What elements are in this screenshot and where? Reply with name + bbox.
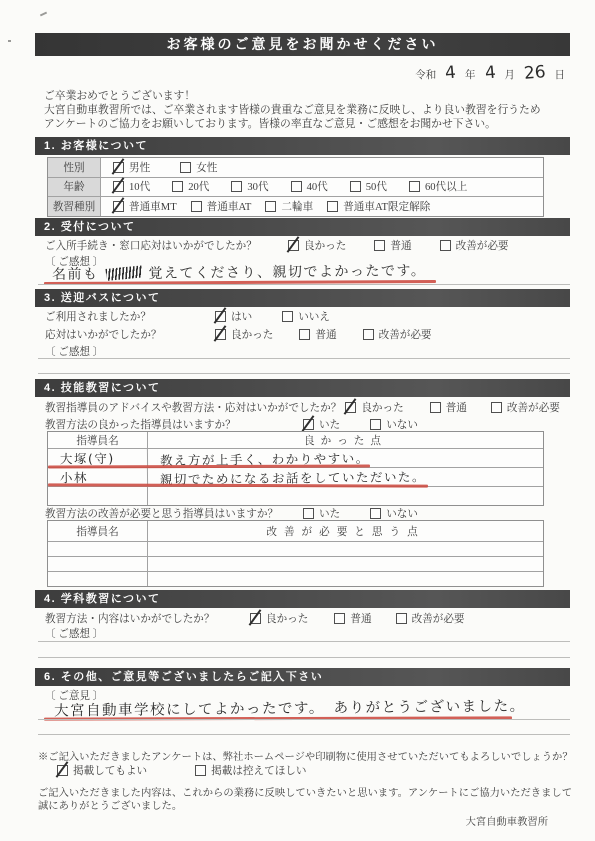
intro-paragraph: ご卒業おめでとうございます！ 大宮自動車教習所では、ご卒業されます皆様の貴重なご…: [44, 90, 569, 131]
checkbox-label: 良かった: [231, 327, 273, 342]
checkbox[interactable]: [191, 201, 202, 212]
course-label: 教習種別: [48, 197, 101, 216]
checkbox-option-good[interactable]: 良かった: [288, 238, 346, 253]
table-row-age: 年齢 10代 20代 30代 40代 50代 60代以上: [48, 177, 543, 197]
ruled-line[interactable]: [38, 641, 570, 642]
checkbox-option-needs-improvement[interactable]: 改善が必要: [491, 400, 560, 415]
checkbox-label: 改善が必要: [456, 238, 509, 253]
section-5-header: 4. 学科教習について: [35, 590, 570, 608]
improve-instructor-table: 指導員名 改善が必要と思う点: [47, 520, 544, 587]
checkbox-label: 10代: [129, 179, 150, 194]
checkbox-label: 改善が必要: [412, 611, 465, 626]
checkbox-option-yes[interactable]: はい: [215, 309, 252, 324]
checkbox-label: いない: [386, 506, 418, 521]
comment-field-label: 〔 ご感想 〕: [45, 626, 103, 641]
table-row-gender: 性別 男性 女性: [48, 158, 543, 177]
checkbox-label: 改善が必要: [507, 400, 560, 415]
bus-used-question-line: ご利用されましたか？ はい いいえ: [45, 309, 330, 324]
table-row: [48, 556, 543, 571]
checkbox-label: 普通: [390, 238, 411, 253]
intro-line-3: アンケートのご協力をお願いしております。皆様の率直なご意見・ご感想をお聞かせ下さ…: [44, 118, 569, 132]
checkbox[interactable]: [374, 240, 385, 251]
checkbox[interactable]: [231, 181, 242, 192]
ruled-line[interactable]: [38, 719, 570, 720]
section-6-header: 6. その他、ご意見等ございましたらご記入下さい: [35, 668, 570, 686]
checkbox-option-at[interactable]: 普通車AT: [191, 199, 252, 214]
checkbox-label: いた: [319, 417, 340, 432]
checkbox-label: 30代: [247, 179, 268, 194]
intro-line-2: 大宮自動車教習所では、ご卒業されます皆様の貴重なご意見を業務に反映し、より良い教…: [44, 104, 569, 118]
checkbox[interactable]: [215, 311, 226, 322]
checkbox-label: 普通車AT限定解除: [343, 199, 430, 214]
good-instructor-table: 指導員名 良かった点 大塚(守) 教え方が上手く、わかりやすい。 小林 親切でた…: [47, 431, 544, 506]
scan-artifact: [8, 40, 11, 42]
checkbox[interactable]: [327, 201, 338, 212]
signature: 大宮自動車教習所: [38, 813, 548, 828]
checkbox-option-50s[interactable]: 50代: [350, 179, 387, 194]
question-text: 教習指導員のアドバイスや教習方法・応対はいかがでしたか？: [45, 400, 341, 415]
checkbox-label: 男性: [129, 160, 150, 175]
table-header-row: 指導員名 改善が必要と思う点: [48, 521, 543, 541]
day-value-handwritten[interactable]: 26: [523, 62, 546, 84]
checkbox-option-mt[interactable]: 普通車MT: [113, 199, 177, 214]
checkbox-option-inai[interactable]: いない: [370, 506, 418, 521]
date-line: 令和 4 年 4 月 26 日: [300, 63, 565, 83]
age-label: 年齢: [48, 178, 101, 197]
checkbox[interactable]: [363, 329, 374, 340]
checkbox-label: 良かった: [266, 611, 308, 626]
section-1-header: 1. お客様について: [35, 137, 570, 155]
checkbox[interactable]: [334, 613, 345, 624]
table-row: [48, 541, 543, 556]
checkbox-label: 50代: [366, 179, 387, 194]
checkbox-option-at-limited[interactable]: 普通車AT限定解除: [327, 199, 430, 214]
checkbox-label: 40代: [307, 179, 328, 194]
checkbox[interactable]: [215, 329, 226, 340]
instructor-advice-question-line: 教習指導員のアドバイスや教習方法・応対はいかがでしたか？ 良かった 普通 改善が…: [45, 400, 560, 415]
ruled-line[interactable]: [38, 734, 570, 735]
checkbox-option-normal[interactable]: 普通: [430, 400, 467, 415]
checkbox-option-decline-publish[interactable]: 掲載は控えてほしい: [195, 763, 306, 778]
instructor-name-empty[interactable]: [48, 557, 148, 571]
good-instructor-question-line: 教習方法の良かった指導員はいますか？ いた いない: [45, 417, 418, 432]
checkbox[interactable]: [250, 613, 261, 624]
survey-form-page: お客様のご意見をお聞かせください 令和 4 年 4 月 26 日 ご卒業おめでと…: [0, 0, 595, 841]
checkbox-option-30s[interactable]: 30代: [231, 179, 268, 194]
handwriting-text: 名前も: [52, 266, 99, 282]
scan-artifact: [40, 12, 47, 17]
checkbox[interactable]: [409, 181, 420, 192]
checkbox-option-inai[interactable]: いない: [370, 417, 418, 432]
checkbox-option-ita[interactable]: いた: [303, 506, 340, 521]
checkbox-option-normal[interactable]: 普通: [374, 238, 411, 253]
checkbox[interactable]: [370, 419, 381, 430]
reception-question-line: ご入所手続き・窓口応対はいかがでしたか？ 良かった 普通 改善が必要: [45, 238, 509, 253]
checkbox-option-needs-improvement[interactable]: 改善が必要: [396, 611, 465, 626]
instructor-name-empty[interactable]: [48, 487, 148, 505]
checkbox-label: いない: [386, 417, 418, 432]
question-text: ご入所手続き・窓口応対はいかがでしたか？: [45, 238, 288, 253]
question-text: 教習方法・内容はいかがでしたか？: [45, 611, 250, 626]
handwriting-text: 覚えてくださり、親切でよかったです。: [148, 263, 426, 282]
checkbox[interactable]: [265, 201, 276, 212]
customer-info-table: 性別 男性 女性 年齢 10代 20代 30代 40代 50代 60代以上 教習…: [47, 157, 544, 217]
checkbox-option-ita[interactable]: いた: [303, 417, 340, 432]
checkbox[interactable]: [113, 181, 124, 192]
question-text: 教習方法の良かった指導員はいますか？: [45, 417, 303, 432]
checkbox[interactable]: [370, 508, 381, 519]
intro-line-1: ご卒業おめでとうございます！: [44, 90, 569, 104]
checkbox-option-male[interactable]: 男性: [113, 160, 150, 175]
section-3-header: 3. 送迎バスについて: [35, 289, 570, 307]
question-text: ご利用されましたか？: [45, 309, 215, 324]
instructor-name-empty[interactable]: [48, 542, 148, 556]
checkbox[interactable]: [430, 402, 441, 413]
bus-service-question-line: 応対はいかがでしたか？ 良かった 普通 改善が必要: [45, 327, 432, 342]
question-text: 教習方法の改善が必要と思う指導員はいますか？: [45, 506, 303, 521]
day-unit: 日: [555, 67, 566, 82]
permission-note: ※ご記入いただきましたアンケートは、弊社ホームページや印刷物に使用させていただい…: [38, 748, 573, 763]
checkbox-label: いた: [319, 506, 340, 521]
checkbox-label: 普通車MT: [129, 199, 177, 214]
checkbox[interactable]: [440, 240, 451, 251]
checkbox[interactable]: [303, 508, 314, 519]
checkbox-label: 女性: [196, 160, 217, 175]
checkbox-option-normal[interactable]: 普通: [334, 611, 371, 626]
scribble-mark: [105, 265, 142, 280]
checkbox-option-40s[interactable]: 40代: [291, 179, 328, 194]
checkbox[interactable]: [172, 181, 183, 192]
checkbox[interactable]: [345, 402, 356, 413]
form-title-bar: お客様のご意見をお聞かせください: [35, 33, 570, 56]
checkbox-option-motorcycle[interactable]: 二輪車: [265, 199, 313, 214]
month-value-handwritten[interactable]: 4: [484, 63, 497, 84]
checkbox[interactable]: [113, 162, 124, 173]
checkbox-option-good[interactable]: 良かった: [250, 611, 308, 626]
table-row-course: 教習種別 普通車MT 普通車AT 二輪車 普通車AT限定解除: [48, 196, 543, 216]
checkbox-option-no[interactable]: いいえ: [282, 309, 330, 324]
checkbox[interactable]: [288, 240, 299, 251]
checkbox[interactable]: [195, 765, 206, 776]
checkbox-label: 60代以上: [425, 179, 467, 194]
year-value-handwritten[interactable]: 4: [444, 63, 457, 84]
gender-options: 男性 女性: [101, 160, 543, 175]
checkbox[interactable]: [180, 162, 191, 173]
checkbox[interactable]: [396, 613, 407, 624]
section-2-header: 2. 受付について: [35, 218, 570, 236]
checkbox-option-female[interactable]: 女性: [180, 160, 217, 175]
column-header-point: 良かった点: [148, 433, 543, 448]
checkbox-option-20s[interactable]: 20代: [172, 179, 209, 194]
table-header-row: 指導員名 良かった点: [48, 432, 543, 448]
permission-options-line: 掲載してもよい 掲載は控えてほしい: [57, 763, 307, 778]
era-label: 令和: [415, 67, 436, 82]
checkbox-label: 良かった: [304, 238, 346, 253]
checkbox[interactable]: [350, 181, 361, 192]
checkbox-label: いいえ: [298, 309, 330, 324]
checkbox-option-needs-improvement[interactable]: 改善が必要: [363, 327, 432, 342]
question-text: 応対はいかがでしたか？: [45, 327, 215, 342]
checkbox[interactable]: [57, 765, 68, 776]
checkbox-label: 普通: [350, 611, 371, 626]
table-row: [48, 486, 543, 505]
month-unit: 月: [504, 67, 515, 82]
age-options: 10代 20代 30代 40代 50代 60代以上: [101, 179, 543, 194]
checkbox-label: 20代: [188, 179, 209, 194]
checkbox-option-60plus[interactable]: 60代以上: [409, 179, 467, 194]
course-options: 普通車MT 普通車AT 二輪車 普通車AT限定解除: [101, 199, 543, 214]
checkbox-option-normal[interactable]: 普通: [299, 327, 336, 342]
table-row: [48, 571, 543, 586]
checkbox-option-needs-improvement[interactable]: 改善が必要: [440, 238, 509, 253]
ruled-line[interactable]: [38, 358, 570, 359]
checkbox[interactable]: [491, 402, 502, 413]
ruled-line[interactable]: [38, 657, 570, 658]
checkbox-label: 掲載してもよい: [73, 763, 147, 778]
instructor-name-empty[interactable]: [48, 572, 148, 586]
checkbox-label: 二輪車: [281, 199, 313, 214]
column-header-point: 改善が必要と思う点: [148, 524, 543, 539]
checkbox-option-10s[interactable]: 10代: [113, 179, 150, 194]
checkbox[interactable]: [291, 181, 302, 192]
academic-question-line: 教習方法・内容はいかがでしたか？ 良かった 普通 改善が必要: [45, 611, 465, 626]
column-header-name: 指導員名: [48, 521, 148, 541]
ruled-line: [38, 284, 570, 285]
ruled-line[interactable]: [38, 373, 570, 374]
checkbox-label: 良かった: [361, 400, 403, 415]
checkbox-label: 普通: [315, 327, 336, 342]
checkbox-option-good[interactable]: 良かった: [215, 327, 273, 342]
checkbox-label: 掲載は控えてほしい: [211, 763, 306, 778]
section-4-header: 4. 技能教習について: [35, 379, 570, 397]
checkbox-label: 普通: [446, 400, 467, 415]
checkbox[interactable]: [282, 311, 293, 322]
closing-line-2: 誠にありがとうございました。: [38, 797, 182, 812]
improve-instructor-question-line: 教習方法の改善が必要と思う指導員はいますか？ いた いない: [45, 506, 418, 521]
checkbox[interactable]: [113, 201, 124, 212]
year-unit: 年: [465, 67, 476, 82]
checkbox-label: 普通車AT: [207, 199, 252, 214]
checkbox-label: はい: [231, 309, 252, 324]
checkbox[interactable]: [299, 329, 310, 340]
comment-field-label: 〔 ご感想 〕: [45, 344, 103, 359]
checkbox[interactable]: [303, 419, 314, 430]
checkbox-option-good[interactable]: 良かった: [345, 400, 403, 415]
gender-label: 性別: [48, 158, 101, 177]
checkbox-option-allow-publish[interactable]: 掲載してもよい: [57, 763, 147, 778]
column-header-name: 指導員名: [48, 432, 148, 448]
checkbox-label: 改善が必要: [379, 327, 432, 342]
